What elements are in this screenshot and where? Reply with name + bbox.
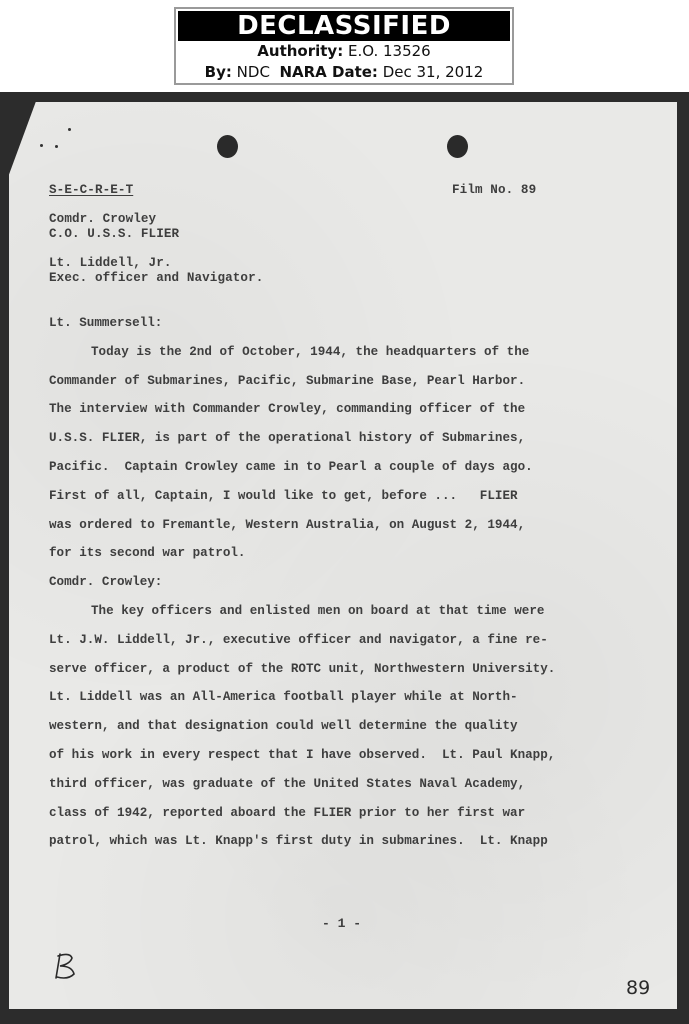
header-line-lieutenant: Lt. Liddell, Jr. (49, 256, 172, 271)
by-value: NDC (237, 63, 270, 81)
ink-speck (68, 128, 71, 131)
body-line: The key officers and enlisted men on boa… (49, 601, 609, 630)
body-line: Commander of Submarines, Pacific, Submar… (49, 371, 609, 400)
nara-date-label: NARA Date: (279, 63, 377, 81)
nara-date-value: Dec 31, 2012 (383, 63, 484, 81)
body-line: third officer, was graduate of the Unite… (49, 774, 609, 803)
declassified-stamp: DECLASSIFIED Authority: E.O. 13526 By: N… (174, 7, 514, 85)
body-line: was ordered to Fremantle, Western Austra… (49, 515, 609, 544)
header-line-commander: Comdr. Crowley (49, 212, 156, 227)
speaker-label: Lt. Summersell: (49, 313, 609, 342)
body-line: western, and that designation could well… (49, 716, 609, 745)
speaker-label: Comdr. Crowley: (49, 572, 609, 601)
classification-marking: S-E-C-R-E-T (49, 183, 133, 197)
handwritten-initials-icon (52, 950, 82, 982)
body-line: Lt. Liddell was an All-America football … (49, 687, 609, 716)
header-line-role: Exec. officer and Navigator. (49, 271, 263, 286)
body-line: of his work in every respect that I have… (49, 745, 609, 774)
authority-label: Authority: (257, 42, 343, 60)
body-line: Pacific. Captain Crowley came in to Pear… (49, 457, 609, 486)
body-line: patrol, which was Lt. Knapp's first duty… (49, 831, 609, 860)
stamp-authority-line: Authority: E.O. 13526 (176, 41, 512, 62)
body-line: The interview with Commander Crowley, co… (49, 399, 609, 428)
body-line: U.S.S. FLIER, is part of the operational… (49, 428, 609, 457)
body-line: serve officer, a product of the ROTC uni… (49, 659, 609, 688)
body-line: Lt. J.W. Liddell, Jr., executive officer… (49, 630, 609, 659)
document-body: Lt. Summersell: Today is the 2nd of Octo… (49, 313, 609, 860)
stamp-title: DECLASSIFIED (178, 11, 510, 41)
body-line: class of 1942, reported aboard the FLIER… (49, 803, 609, 832)
authority-value: E.O. 13526 (348, 42, 431, 60)
header-line-ship: C.O. U.S.S. FLIER (49, 227, 179, 242)
page: DECLASSIFIED Authority: E.O. 13526 By: N… (0, 0, 689, 1024)
punch-hole-right (447, 135, 468, 158)
page-number: - 1 - (322, 916, 361, 931)
ink-speck (55, 145, 58, 148)
body-line: for its second war patrol. (49, 543, 609, 572)
frame-number: 89 (626, 977, 650, 999)
stamp-by-line: By: NDC NARA Date: Dec 31, 2012 (176, 62, 512, 83)
film-number: Film No. 89 (452, 183, 536, 197)
body-line: Today is the 2nd of October, 1944, the h… (49, 342, 609, 371)
ink-speck (40, 144, 43, 147)
by-label: By: (205, 63, 232, 81)
punch-hole-left (217, 135, 238, 158)
body-line: First of all, Captain, I would like to g… (49, 486, 609, 515)
